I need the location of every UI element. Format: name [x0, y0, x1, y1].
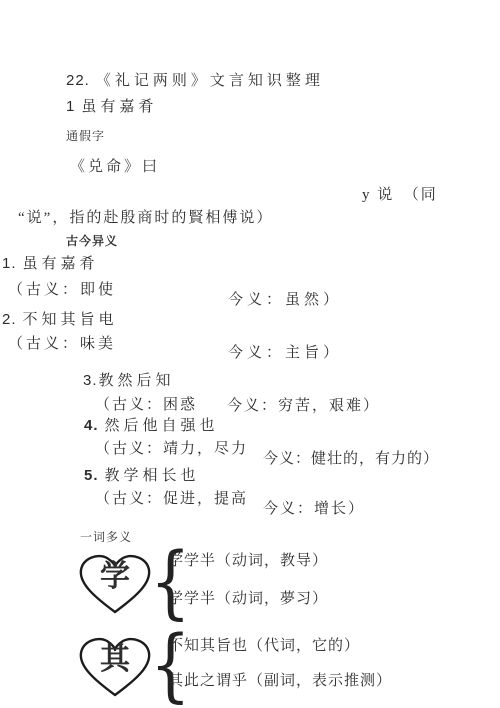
item-number: 2. — [2, 311, 17, 328]
item-phrase: 教然后知 — [99, 373, 175, 389]
title-text: 《礼记两则》文言知识整理 — [96, 73, 324, 89]
gujin-item-5-modern: 今义：增长） — [263, 500, 365, 518]
polysemy-headword: 其 — [76, 645, 154, 675]
item-phrase: 然后他自强也 — [105, 418, 219, 434]
item-phrase: 不知其旨电 — [23, 312, 118, 328]
gujin-item-5-ancient: （古义：促进，提高 — [95, 490, 248, 508]
item-phrase: 虽有嘉肴 — [23, 256, 99, 272]
gujin-item-4: 4.然后他自强也 — [84, 417, 219, 435]
gujin-item-3-ancient: （古义：困惑 — [95, 396, 197, 414]
gujin-item-1: 1.虽有嘉肴 — [2, 255, 99, 273]
gujin-item-2-modern: 今义：主旨） — [228, 344, 342, 362]
item-number: 4. — [84, 417, 99, 434]
lesson-number: 1 — [66, 98, 75, 115]
page-title: 22.《礼记两则》文言知识整理 — [66, 72, 324, 90]
item-number: 3. — [83, 372, 98, 389]
gujin-item-4-ancient: （古义：靖力，尽力 — [95, 440, 248, 458]
gloss-lead: y 说 （同 — [362, 186, 438, 204]
gujin-item-2-ancient: （古义：味美 — [8, 335, 116, 353]
polysemy-group-qi: 其 { 不知其旨也（代词，它的） 其此之谓乎（副词，表示推测） — [76, 631, 496, 708]
lesson-text: 虽有嘉肴 — [81, 99, 157, 115]
polysemy-entry: 学学半（动词，教导） — [168, 552, 328, 570]
title-number: 22. — [66, 72, 90, 89]
gujin-item-1-modern: 今义：虽然） — [228, 291, 342, 309]
gujin-item-3-modern: 今义：穷苦，艰难） — [227, 397, 380, 415]
polysemy-entry: 其此之谓乎（副词，表示推测） — [168, 672, 392, 690]
gujin-item-4-modern: 今义：健壮的，有力的） — [263, 450, 439, 468]
gujin-item-5: 5.教学相长也 — [84, 467, 200, 485]
polysemy-group-xue: 学 { 学学半（动词，教导） 学学半（动词，夢习） — [76, 548, 496, 626]
polysemy-headword: 学 — [76, 562, 154, 592]
item-number: 5. — [84, 467, 99, 484]
polysemy-entry: 学学半（动词，夢习） — [168, 590, 328, 608]
gujin-item-3: 3.教然后知 — [83, 372, 175, 390]
lesson-title: 1虽有嘉肴 — [66, 98, 157, 116]
gujin-item-1-ancient: （古义：即使 — [8, 281, 116, 299]
item-number: 1. — [2, 255, 17, 272]
gujin-item-2: 2.不知其旨电 — [2, 311, 118, 329]
section-heading-yici: 一词多义 — [80, 528, 132, 545]
section-heading-gujin: 古今异义 — [66, 232, 118, 249]
document-page: 22.《礼记两则》文言知识整理 1虽有嘉肴 通假字 《兑命》曰 y 说 （同 “… — [0, 0, 500, 708]
item-phrase: 教学相长也 — [105, 468, 200, 484]
gloss-rest: “说”，指的赴殷商时的賢相傅说） — [18, 209, 273, 227]
polysemy-entry: 不知其旨也（代词，它的） — [168, 637, 360, 655]
section-heading-tongjiazi: 通假字 — [66, 127, 105, 144]
quote-duiming: 《兑命》曰 — [70, 158, 160, 176]
